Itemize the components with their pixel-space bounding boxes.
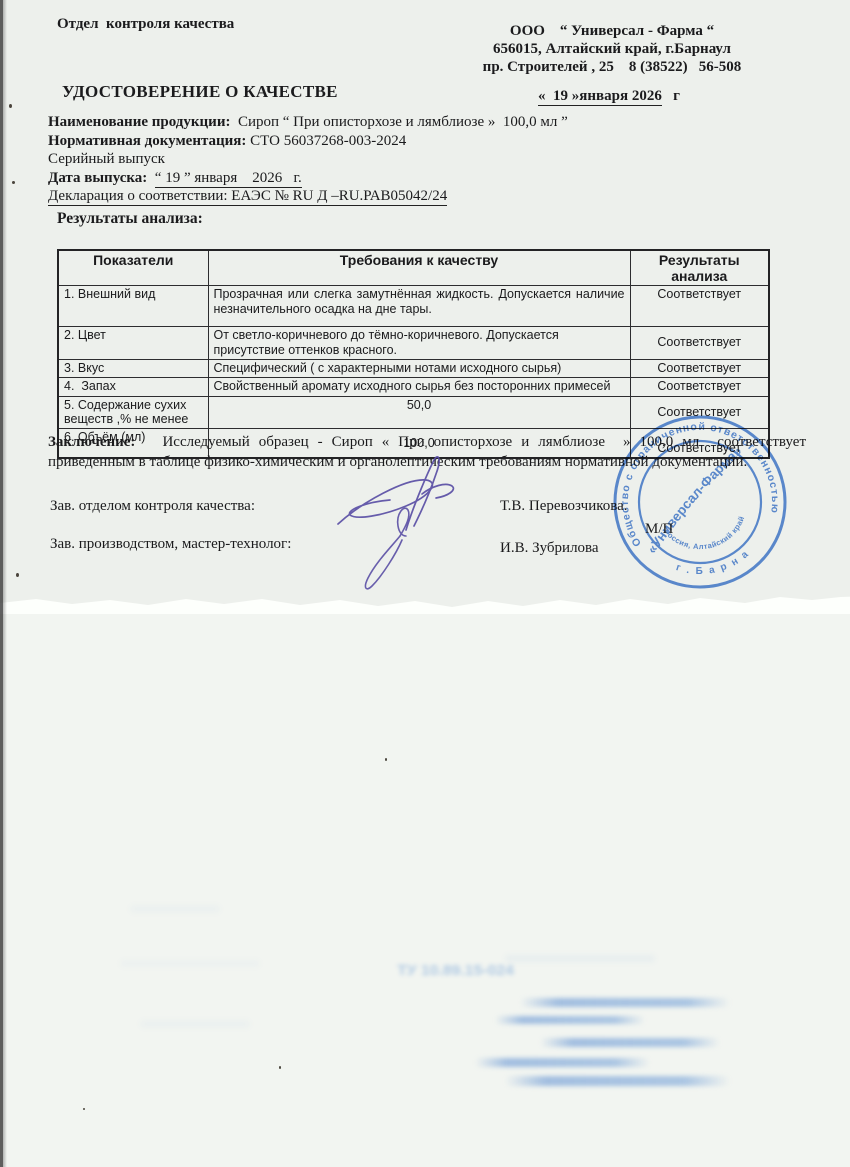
scanned-quality-certificate: { "doc": { "dept": "Отдел контроля качес… (0, 0, 850, 1167)
document-date: « 19 »января 2026 г (538, 88, 680, 105)
stamp-ring-text: Общество с ограниченной ответственностью (604, 406, 786, 550)
bleed-through-line (140, 1020, 250, 1028)
result-cell: Соответствует (630, 286, 769, 327)
bleed-through-line (505, 955, 655, 962)
product-info-block: Наименование продукции: Сироп “ При опис… (48, 113, 808, 206)
stamp-center-wrap: «Универсал-Фарма» (627, 442, 762, 559)
release-date-value: “ 19 ” января 2026 г. (155, 170, 302, 188)
signature-ink-qc (338, 457, 453, 530)
document-title: УДОСТОВЕРЕНИЕ О КАЧЕСТВЕ (62, 82, 338, 102)
requirement-cell: Специфический ( с характерными нотами ис… (208, 359, 630, 377)
serial-value: Серийный выпуск (48, 151, 165, 167)
requirement-cell: 50,0 (208, 396, 630, 429)
bleed-through-line (495, 1016, 645, 1024)
table-row: 4. Запах Свойственный аромату исходного … (58, 378, 769, 396)
bleed-through-line (520, 998, 730, 1007)
scan-speck (9, 104, 12, 108)
scan-speck (16, 573, 19, 577)
indicator-cell: 5. Содержание сухих веществ ,% не менее (58, 396, 208, 429)
table-row: 1. Внешний вид Прозрачная или слегка зам… (58, 286, 769, 327)
company-stamp: Общество с ограниченной ответственностью… (581, 383, 818, 620)
bleed-through-fragment: ТУ 10.89.15-024 (397, 962, 514, 979)
signature-name-production: И.В. Зубрилова (500, 540, 599, 557)
scan-speck (12, 181, 15, 184)
indicator-cell: 3. Вкус (58, 359, 208, 377)
stamp-center-text: «Универсал-Фарма» (627, 442, 762, 559)
declaration-value: Декларация о соответствии: ЕАЭС № RU Д –… (48, 188, 447, 206)
product-name-label: Наименование продукции: (48, 114, 230, 130)
table-row: 2. Цвет От светло-коричневого до тёмно-к… (58, 327, 769, 360)
company-phone: пр. Строителей , 25 8 (38522) 56-508 (462, 58, 762, 76)
scan-speck (83, 1108, 85, 1110)
signature-ink-production (365, 508, 408, 589)
company-address: 656015, Алтайский край, г.Барнаул (462, 40, 762, 58)
release-date-label: Дата выпуска: (48, 170, 147, 186)
table-row: 3. Вкус Специфический ( с характерными н… (58, 359, 769, 377)
product-name-line: Наименование продукции: Сироп “ При опис… (48, 113, 808, 132)
table-header-row: Показатели Требования к качеству Результ… (58, 250, 769, 286)
scan-speck (385, 758, 387, 761)
bleed-through-line (505, 1076, 730, 1086)
company-name: ООО “ Универсал - Фарма “ (462, 22, 762, 40)
bleed-through-line (475, 1058, 650, 1067)
requirement-cell: Прозрачная или слегка замутнённая жидкос… (208, 286, 630, 327)
seal-place-mark: М/П (645, 521, 673, 538)
col-header-indicator: Показатели (58, 250, 208, 286)
signature-role-production: Зав. производством, мастер-технолог: (50, 536, 291, 553)
signature-role-qc: Зав. отделом контроля качества: (50, 498, 255, 515)
stamp-ring-text-wrap: Общество с ограниченной ответственностью (604, 406, 786, 550)
bleed-through-line (120, 960, 260, 967)
requirement-cell: Свойственный аромату исходного сырья без… (208, 378, 630, 396)
normative-doc-value: СТО 56037268-003-2024 (246, 133, 406, 149)
indicator-cell: 1. Внешний вид (58, 286, 208, 327)
scan-edge-fade (3, 0, 7, 1167)
declaration-line: Декларация о соответствии: ЕАЭС № RU Д –… (48, 187, 808, 206)
indicator-cell: 2. Цвет (58, 327, 208, 360)
certificate-sheet: Отдел контроля качества ООО “ Универсал … (0, 0, 850, 608)
release-date-line: Дата выпуска: “ 19 ” января 2026 г. (48, 169, 808, 188)
result-cell: Соответствует (630, 359, 769, 377)
requirement-cell: От светло-коричневого до тёмно-коричнево… (208, 327, 630, 360)
normative-doc-line: Нормативная документация: СТО 56037268-0… (48, 132, 808, 151)
department-label: Отдел контроля качества (57, 16, 234, 33)
results-heading: Результаты анализа: (57, 210, 203, 228)
serial-line: Серийный выпуск (48, 150, 808, 169)
product-name-value: Сироп “ При описторхозе и лямблиозе » 10… (230, 114, 567, 130)
handwritten-signatures (310, 452, 480, 602)
indicator-cell: 4. Запах (58, 378, 208, 396)
col-header-result: Результаты анализа (630, 250, 769, 286)
company-block: ООО “ Универсал - Фарма “ 656015, Алтайс… (462, 22, 762, 76)
normative-doc-label: Нормативная документация: (48, 133, 246, 149)
document-date-value: « 19 »января 2026 (538, 88, 662, 106)
bleed-through-line (130, 905, 220, 913)
document-date-suffix: г (662, 88, 680, 104)
result-cell: Соответствует (630, 327, 769, 360)
conclusion-label: Заключение: (48, 434, 135, 450)
bleed-through-line (540, 1038, 720, 1047)
col-header-requirement: Требования к качеству (208, 250, 630, 286)
scan-speck (279, 1066, 281, 1069)
